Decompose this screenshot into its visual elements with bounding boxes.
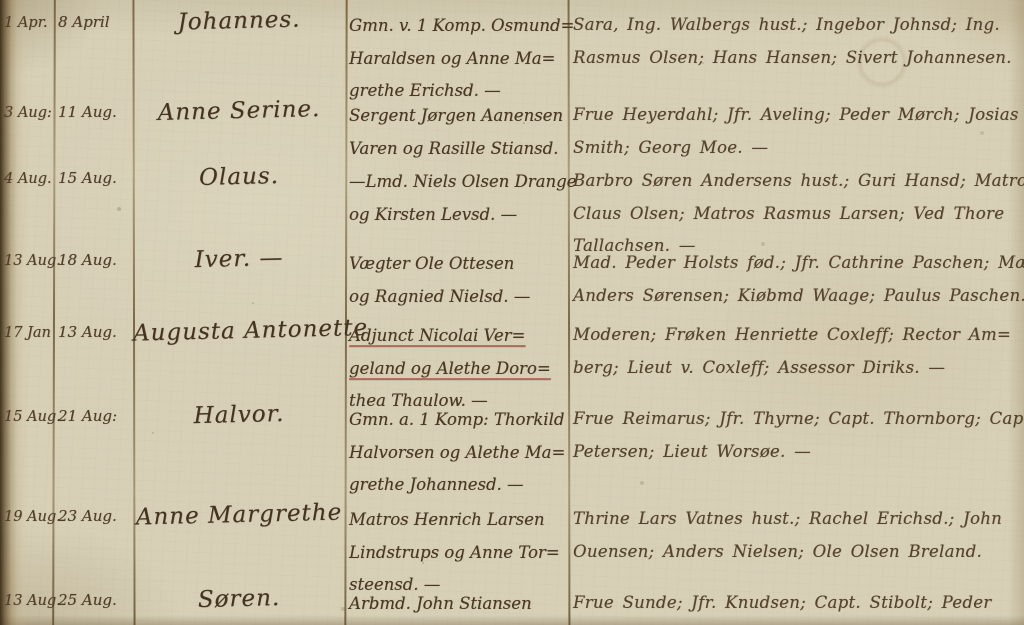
child-name: Halvor.	[133, 399, 346, 430]
parents-line: Matros Henrich Larsen	[349, 504, 569, 537]
witnesses-text: Frue Sunde; Jfr. Knudsen; Capt. Stibolt;…	[573, 587, 1024, 620]
witnesses-line: Smith; Georg Moe. —	[573, 132, 1024, 165]
witnesses-text: Frue Heyerdahl; Jfr. Aveling; Peder Mørc…	[573, 99, 1024, 164]
child-name: Anne Margrethe	[133, 499, 346, 530]
child-name: Augusta Antonette	[133, 315, 346, 346]
baptism-date: 25 Aug.	[58, 591, 136, 609]
parents-line: Vægter Ole Ottesen	[349, 248, 569, 281]
baptism-date: 18 Aug.	[58, 251, 136, 269]
witnesses-text: Frue Reimarus; Jfr. Thyrne; Capt. Thornb…	[573, 403, 1024, 468]
witnesses-line: berg; Lieut v. Coxleff; Assessor Diriks.…	[573, 352, 1024, 385]
parents-text: —Lmd. Niels Olsen Drangeog Kirsten Levsd…	[349, 166, 569, 231]
witnesses-line: Barbro Søren Andersens hust.; Guri Hansd…	[573, 165, 1024, 198]
baptism-date: 11 Aug.	[58, 103, 136, 121]
witnesses-line: Rasmus Olsen; Hans Hansen; Sivert Johann…	[573, 42, 1024, 75]
parents-line: Arbmd. John Stiansen	[349, 588, 569, 621]
birth-date: 1 Apr.	[4, 15, 62, 31]
witnesses-text: Moderen; Frøken Henriette Coxleff; Recto…	[573, 319, 1024, 384]
baptism-date: 21 Aug:	[58, 407, 136, 425]
parents-text: Matros Henrich LarsenLindstrups og Anne …	[349, 504, 569, 602]
parents-line: Adjunct Nicolai Ver=	[349, 320, 569, 353]
child-name: Olaus.	[133, 161, 346, 192]
witnesses-line: Frue Reimarus; Jfr. Thyrne; Capt. Thornb…	[573, 403, 1024, 436]
baptism-date: 8 April	[58, 13, 136, 31]
column-rule-1	[52, 0, 56, 625]
paper-speckles	[0, 0, 2, 2]
parents-line: Haraldsen og Anne Ma=	[349, 43, 569, 76]
birth-date: 19 Aug.	[4, 509, 62, 525]
child-name: Iver. —	[133, 243, 346, 274]
baptism-date: 13 Aug.	[58, 323, 136, 341]
parents-line: geland og Alethe Doro=	[349, 353, 569, 386]
register-page: 1 Apr.8 AprilJohannes.Gmn. v. 1 Komp. Os…	[0, 0, 1024, 625]
witnesses-line: Anders Sørensen; Kiøbmd Waage; Paulus Pa…	[573, 280, 1024, 313]
witnesses-text: Sara, Ing. Walbergs hust.; Ingebor Johns…	[573, 9, 1024, 74]
witnesses-line: Thrine Lars Vatnes hust.; Rachel Erichsd…	[573, 503, 1024, 536]
parents-line: Halvorsen og Alethe Ma=	[349, 437, 569, 470]
parents-line: Gmn. a. 1 Komp: Thorkild	[349, 404, 569, 437]
witnesses-text: Mad. Peder Holsts fød.; Jfr. Cathrine Pa…	[573, 247, 1024, 312]
parents-line: og Kirsten Levsd. —	[349, 199, 569, 232]
birth-date: 4 Aug.	[4, 171, 62, 187]
birth-date: 3 Aug:	[4, 105, 62, 121]
birth-date: 17 Jan	[4, 325, 62, 341]
parents-line: og Ragnied Nielsd. —	[349, 281, 569, 314]
witnesses-text: Thrine Lars Vatnes hust.; Rachel Erichsd…	[573, 503, 1024, 568]
parents-text: Sergent Jørgen AanensenVaren og Rasille …	[349, 100, 569, 165]
witnesses-line: Sara, Ing. Walbergs hust.; Ingebor Johns…	[573, 9, 1024, 42]
baptism-date: 23 Aug.	[58, 507, 136, 525]
parents-line: Gmn. v. 1 Komp. Osmund=	[349, 10, 569, 43]
birth-date: 13 Aug.	[4, 253, 62, 269]
parents-text: Gmn. v. 1 Komp. Osmund=Haraldsen og Anne…	[349, 10, 569, 108]
witnesses-line: Petersen; Lieut Worsøe. —	[573, 436, 1024, 469]
parents-text: Gmn. a. 1 Komp: ThorkildHalvorsen og Ale…	[349, 404, 569, 502]
witnesses-line: Frue Heyerdahl; Jfr. Aveling; Peder Mørc…	[573, 99, 1024, 132]
parents-line: —Lmd. Niels Olsen Drange	[349, 166, 569, 199]
parents-line: grethe Johannesd. —	[349, 469, 569, 502]
column-rule-2	[132, 0, 135, 625]
baptism-date: 15 Aug.	[58, 169, 136, 187]
witnesses-line: Frue Sunde; Jfr. Knudsen; Capt. Stibolt;…	[573, 587, 1024, 620]
parents-text: Adjunct Nicolai Ver=geland og Alethe Dor…	[349, 320, 569, 418]
birth-date: 15 Aug.	[4, 409, 62, 425]
witnesses-line: Ouensen; Anders Nielsen; Ole Olsen Brela…	[573, 536, 1024, 569]
parents-line: Lindstrups og Anne Tor=	[349, 537, 569, 570]
child-name: Søren.	[133, 583, 346, 614]
parents-text: Arbmd. John Stiansen	[349, 588, 569, 621]
witnesses-line: Claus Olsen; Matros Rasmus Larsen; Ved T…	[573, 198, 1024, 231]
witnesses-line: Moderen; Frøken Henriette Coxleff; Recto…	[573, 319, 1024, 352]
parents-text: Vægter Ole Ottesenog Ragnied Nielsd. —	[349, 248, 569, 313]
parents-line: Sergent Jørgen Aanensen	[349, 100, 569, 133]
column-rule-3	[344, 0, 347, 625]
child-name: Johannes.	[133, 5, 346, 36]
witnesses-line: Mad. Peder Holsts fød.; Jfr. Cathrine Pa…	[573, 247, 1024, 280]
parents-line: Varen og Rasille Stiansd.	[349, 133, 569, 166]
birth-date: 13 Aug.	[4, 593, 62, 609]
child-name: Anne Serine.	[133, 95, 346, 126]
